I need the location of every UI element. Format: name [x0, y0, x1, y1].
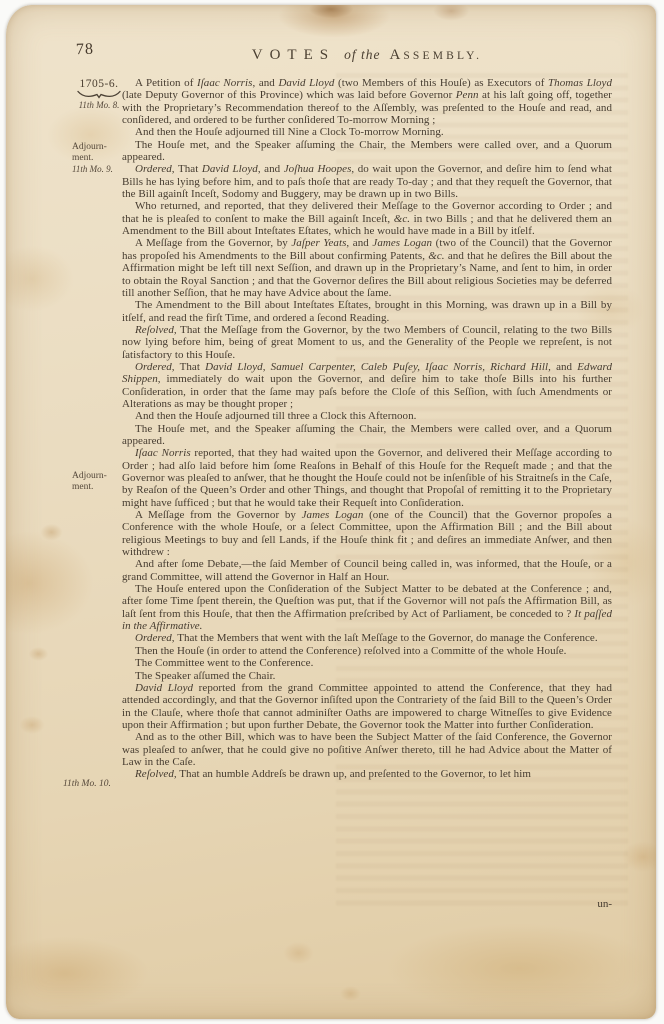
body-paragraph: Ordered, That the Members that went with… [122, 632, 612, 644]
body-paragraph: The Committee went to the Conference. [122, 657, 612, 669]
body-paragraph: Ordered, That David Lloyd, and Joſhua Ho… [122, 163, 612, 200]
adjournment-line-2: ment. [72, 153, 113, 164]
body-paragraph: Who returned, and reported, that they de… [122, 200, 612, 237]
margin-note-adjournment-2: Adjourn- ment. [72, 471, 107, 492]
body-paragraph: The Speaker aſſumed the Chair. [122, 670, 612, 682]
body-paragraph: A Meſſage from the Governor, by Jaſper Y… [122, 237, 612, 299]
body-paragraph: A Petition of Iſaac Norris, and David Ll… [122, 77, 612, 126]
body-text: A Petition of Iſaac Norris, and David Ll… [122, 77, 612, 781]
month-day-label-8: 11th Mo. 8. [75, 100, 123, 110]
title-votes: VOTES [252, 47, 335, 64]
body-paragraph: Reſolved, That the Meſſage from the Gove… [122, 324, 612, 361]
body-paragraph: And after ſome Debate,—the ſaid Member o… [122, 558, 612, 583]
adjournment-line-1: Adjourn- [72, 471, 107, 482]
page-number: 78 [76, 41, 95, 60]
catchword: un- [122, 898, 612, 910]
margin-note-adjournment-1: Adjourn- ment. 11th Mo. 9. [72, 142, 113, 175]
body-paragraph: The Amendment to the Bill about Inteſtat… [122, 299, 612, 324]
margin-note-session-date: 1705-6. 11th Mo. 8. [75, 78, 123, 110]
body-paragraph: Then the Houſe (in order to attend the C… [122, 645, 612, 657]
scan-background: 78 VOTES of the ASSEMBLY. 1705-6. 11th M… [0, 0, 664, 1024]
body-paragraph: The Houſe entered upon the Conſideration… [122, 583, 612, 632]
title-assembly-initial: A [389, 47, 403, 63]
body-paragraph: The Houſe met, and the Speaker aſſuming … [122, 423, 612, 448]
title-assembly-rest: SSEMBLY. [403, 50, 482, 62]
session-year-label: 1705-6. [75, 78, 123, 90]
document-page: 78 VOTES of the ASSEMBLY. 1705-6. 11th M… [6, 5, 656, 1019]
body-paragraph: A Meſſage from the Governor by James Log… [122, 509, 612, 558]
adjournment-line-1: Adjourn- [72, 142, 113, 153]
adjournment-line-2: ment. [72, 482, 107, 493]
margin-note-month-day-10: 11th Mo. 10. [63, 779, 111, 789]
month-day-label-9: 11th Mo. 9. [72, 164, 113, 175]
brace-icon [76, 90, 122, 99]
body-paragraph: Reſolved, That an humble Addreſs be draw… [122, 768, 612, 780]
body-paragraph: Ordered, That David Lloyd, Samuel Carpen… [122, 361, 612, 410]
body-paragraph: And as to the other Bill, which was to h… [122, 731, 612, 768]
body-paragraph: Iſaac Norris reported, that they had wai… [122, 447, 612, 509]
title-assembly: ASSEMBLY. [389, 46, 482, 64]
page-title: VOTES of the ASSEMBLY. [122, 46, 612, 64]
body-paragraph: The Houſe met, and the Speaker aſſuming … [122, 139, 612, 164]
body-paragraph: David Lloyd reported from the grand Comm… [122, 682, 612, 731]
title-of-the: of the [344, 47, 380, 63]
body-paragraph: And then the Houſe adjourned till three … [122, 410, 612, 422]
body-paragraph: And then the Houſe adjourned till Nine a… [122, 126, 612, 138]
